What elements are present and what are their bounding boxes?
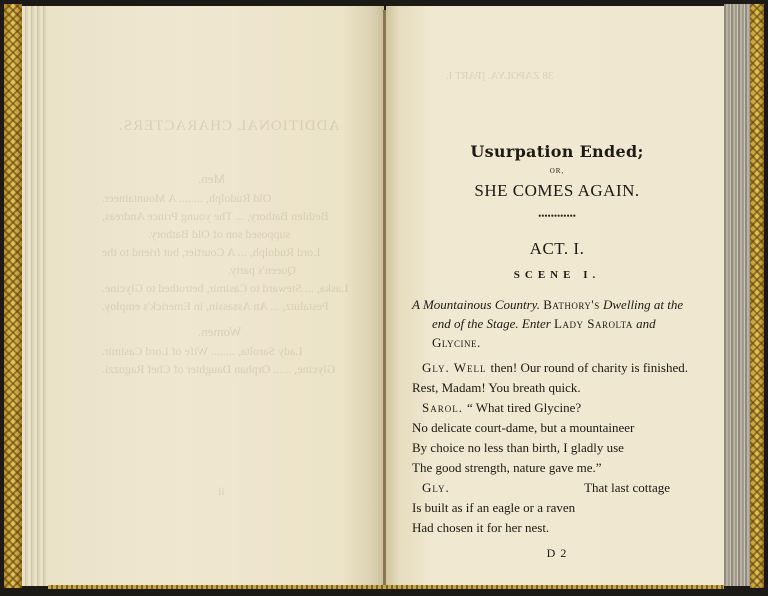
show-through-line: Laska, ... Steward to Casimir, betrothed… — [102, 281, 348, 296]
page-block-right — [724, 4, 750, 586]
verse-line: Rest, Madam! You breath quick. — [412, 378, 702, 398]
play-subtitle: SHE COMES AGAIN. — [412, 181, 702, 201]
gilt-edge-left — [4, 4, 22, 588]
verse-line: Had chosen it for her nest. — [412, 518, 702, 538]
show-through-line: Glycine, ...... Orphan Daughter of Chef … — [102, 362, 335, 377]
speaker: Gly. — [422, 478, 450, 498]
show-through-line: Lady Sarolta, ........ Wife of Lord Casi… — [102, 344, 303, 359]
verse-line: The good strength, nature gave me.” — [412, 458, 702, 478]
play-title: Usurpation Ended; — [412, 142, 702, 161]
verse-line: Sarol.“ What tired Glycine? — [412, 398, 702, 418]
verse-line: Is built as if an eagle or a raven — [412, 498, 702, 518]
scene-heading: SCENE I. — [412, 269, 702, 281]
act-heading: ACT. I. — [412, 239, 702, 259]
ornamental-divider: •••••••••••• — [412, 211, 702, 221]
show-through-line: Lord Rudolph, ... A Courtier, but friend… — [102, 245, 321, 260]
verse-line: Gly.That last cottage — [412, 478, 702, 498]
show-through-line: supposed son of Old Bathory. — [148, 227, 290, 242]
show-through-line: Old Rudolph, ........ A Mountaineer. — [102, 191, 271, 206]
speaker: Gly. — [422, 360, 450, 375]
show-through-folio: ii — [218, 484, 225, 499]
show-through-line: Bethlen Bathory, ... The young Prince An… — [102, 209, 329, 224]
page-block-left — [22, 6, 48, 586]
show-through-running-title: 38 ZAPOLYA. [PART I. — [446, 70, 553, 82]
verse-block: Gly.Wellthen! Our round of charity is fi… — [412, 358, 702, 538]
show-through-men: Men. — [198, 171, 225, 187]
left-page: ADDITIONAL CHARACTERS. Men. Old Rudolph,… — [48, 6, 384, 586]
speaker: Sarol. — [422, 400, 463, 415]
show-through-women: Women. — [198, 324, 241, 340]
page-content: Usurpation Ended; OR, SHE COMES AGAIN. •… — [412, 130, 702, 561]
gilt-edge-bottom — [48, 585, 724, 589]
verse-line: Gly.Wellthen! Our round of charity is fi… — [412, 358, 702, 378]
gilt-edge-right — [750, 4, 764, 588]
verse-line: No delicate court-dame, but a mountainee… — [412, 418, 702, 438]
show-through-heading: ADDITIONAL CHARACTERS. — [118, 118, 339, 135]
open-book: ADDITIONAL CHARACTERS. Men. Old Rudolph,… — [0, 0, 768, 596]
title-conjunction: OR, — [412, 167, 702, 175]
verse-line: By choice no less than birth, I gladly u… — [412, 438, 702, 458]
show-through-line: Queen's party. — [228, 263, 296, 278]
signature-mark: D 2 — [412, 546, 702, 561]
show-through-line: Pestalutz, ... An Assassin, in Emerick's… — [102, 299, 329, 314]
stage-direction: A Mountainous Country. Bathory's Dwellin… — [412, 295, 702, 352]
